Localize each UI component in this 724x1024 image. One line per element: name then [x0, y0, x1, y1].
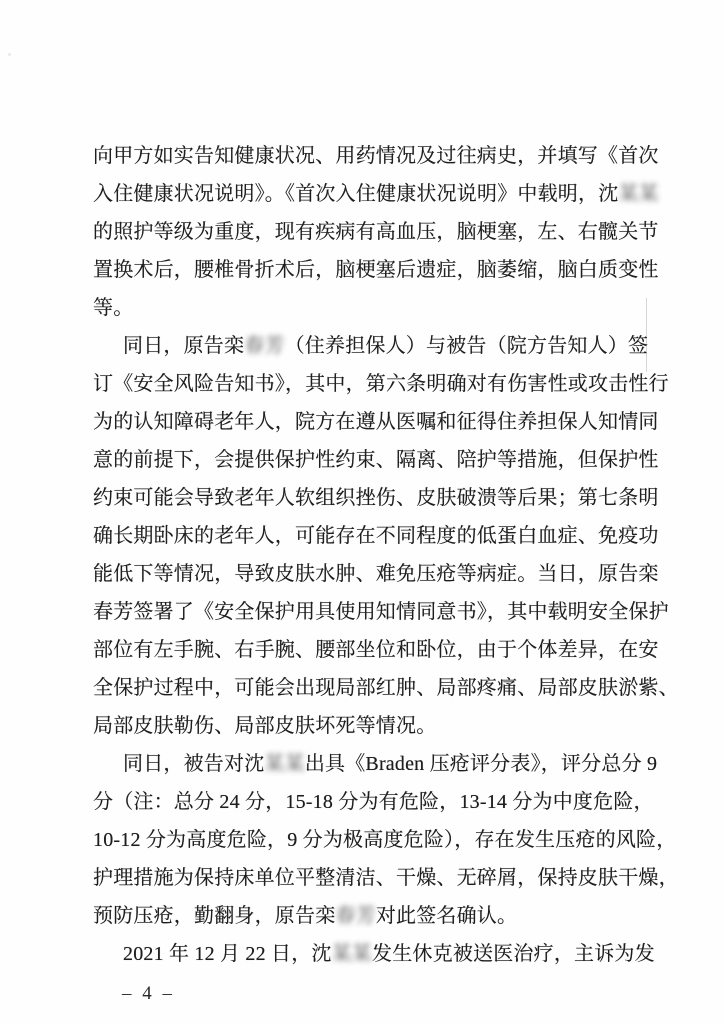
redacted-name: 春芳 — [335, 905, 375, 927]
text-segment: 发生休克被送医治疗，主诉为发 — [372, 943, 655, 965]
text-line: 春芳签署了《安全保护用具使用知情同意书》，其中载明安全保护 — [93, 593, 653, 631]
text-line: 为的认知障碍老年人，院方在遵从医嘱和征得住养担保人知情同 — [93, 403, 653, 441]
text-line: 订《安全风险告知书》，其中，第六条明确对有伤害性或攻击性行 — [93, 365, 653, 403]
text-segment: 置换术后，腰椎骨折术后，脑梗塞后遗症，脑萎缩，脑白质变性 — [93, 259, 659, 281]
text-line: 的照护等级为重度，现有疾病有高血压，脑梗塞，左、右髋关节 — [93, 213, 653, 251]
text-segment: 向甲方如实告知健康状况、用药情况及过往病史，并填写《首次 — [93, 145, 659, 167]
page-number: – 4 – — [122, 983, 175, 1005]
text-line: 局部皮肤勒伤、局部皮肤坏死等情况。 — [93, 707, 653, 745]
text-segment: 确长期卧床的老年人，可能存在不同程度的低蛋白血症、免疫功 — [93, 525, 659, 547]
text-segment: （住养担保人）与被告（院方告知人）签 — [285, 335, 649, 357]
text-segment: 意的前提下，会提供保护性约束、隔离、陪护等措施，但保护性 — [93, 449, 659, 471]
text-line: 护理措施为保持床单位平整清洁、干燥、无碎屑，保持皮肤干燥， — [93, 859, 653, 897]
text-line: 部位有左手腕、右手腕、腰部坐位和卧位，由于个体差异，在安 — [93, 631, 653, 669]
text-segment: 同日，原告栾 — [123, 335, 244, 357]
redacted-name: 某某 — [618, 183, 658, 205]
text-segment: 预防压疮，勤翻身，原告栾 — [93, 905, 335, 927]
text-line: 约束可能会导致老年人软组织挫伤、皮肤破溃等后果；第七条明 — [93, 479, 653, 517]
text-segment: 等。 — [93, 297, 133, 319]
text-segment: 部位有左手腕、右手腕、腰部坐位和卧位，由于个体差异，在安 — [93, 639, 659, 661]
text-segment: 入住健康状况说明》。《首次入住健康状况说明》中载明，沈 — [93, 183, 618, 205]
redacted-name: 某某 — [332, 943, 372, 965]
text-segment: 全保护过程中，可能会出现局部红肿、局部疼痛、局部皮肤淤紫、 — [93, 677, 679, 699]
text-line: 预防压疮，勤翻身，原告栾春芳对此签名确认。 — [93, 897, 653, 935]
redacted-name: 春芳 — [244, 335, 284, 357]
text-segment: 对此签名确认。 — [376, 905, 517, 927]
document-text-block: 向甲方如实告知健康状况、用药情况及过往病史，并填写《首次入住健康状况说明》。《首… — [93, 137, 653, 973]
text-line: 确长期卧床的老年人，可能存在不同程度的低蛋白血症、免疫功 — [93, 517, 653, 555]
text-line: 入住健康状况说明》。《首次入住健康状况说明》中载明，沈某某 — [93, 175, 653, 213]
text-line: 全保护过程中，可能会出现局部红肿、局部疼痛、局部皮肤淤紫、 — [93, 669, 653, 707]
text-line: 2021 年 12 月 22 日，沈某某发生休克被送医治疗，主诉为发 — [93, 935, 653, 973]
text-line: 10-12 分为高度危险，9 分为极高度危险），存在发生压疮的风险， — [93, 821, 653, 859]
text-line: 向甲方如实告知健康状况、用药情况及过往病史，并填写《首次 — [93, 137, 653, 175]
text-line: 能低下等情况，导致皮肤水肿、难免压疮等病症。当日，原告栾 — [93, 555, 653, 593]
text-line: 等。 — [93, 289, 653, 327]
text-segment: 出具《Braden 压疮评分表》，评分总分 9 — [305, 753, 657, 775]
text-segment: 同日，被告对沈 — [123, 753, 264, 775]
text-line: 同日，原告栾春芳（住养担保人）与被告（院方告知人）签 — [93, 327, 653, 365]
text-line: 意的前提下，会提供保护性约束、隔离、陪护等措施，但保护性 — [93, 441, 653, 479]
text-line: 置换术后，腰椎骨折术后，脑梗塞后遗症，脑萎缩，脑白质变性 — [93, 251, 653, 289]
text-segment: 的照护等级为重度，现有疾病有高血压，脑梗塞，左、右髋关节 — [93, 221, 659, 243]
text-segment: 局部皮肤勒伤、局部皮肤坏死等情况。 — [93, 715, 436, 737]
text-line: 分（注：总分 24 分，15-18 分为有危险，13-14 分为中度危险， — [93, 783, 653, 821]
scan-speck — [8, 53, 11, 56]
text-segment: 分（注：总分 24 分，15-18 分为有危险，13-14 分为中度危险， — [93, 791, 654, 813]
text-segment: 为的认知障碍老年人，院方在遵从医嘱和征得住养担保人知情同 — [93, 411, 659, 433]
text-segment: 约束可能会导致老年人软组织挫伤、皮肤破溃等后果；第七条明 — [93, 487, 659, 509]
text-segment: 能低下等情况，导致皮肤水肿、难免压疮等病症。当日，原告栾 — [93, 563, 659, 585]
document-page: 向甲方如实告知健康状况、用药情况及过往病史，并填写《首次入住健康状况说明》。《首… — [0, 0, 724, 1024]
text-segment: 护理措施为保持床单位平整清洁、干燥、无碎屑，保持皮肤干燥， — [93, 867, 679, 889]
text-segment: 10-12 分为高度危险，9 分为极高度危险），存在发生压疮的风险， — [93, 829, 676, 851]
text-segment: 订《安全风险告知书》，其中，第六条明确对有伤害性或攻击性行 — [93, 373, 669, 395]
text-segment: 春芳签署了《安全保护用具使用知情同意书》，其中载明安全保护 — [93, 601, 669, 623]
text-segment: 2021 年 12 月 22 日，沈 — [123, 943, 332, 965]
text-line: 同日，被告对沈某某出具《Braden 压疮评分表》，评分总分 9 — [93, 745, 653, 783]
redacted-name: 某某 — [264, 753, 304, 775]
